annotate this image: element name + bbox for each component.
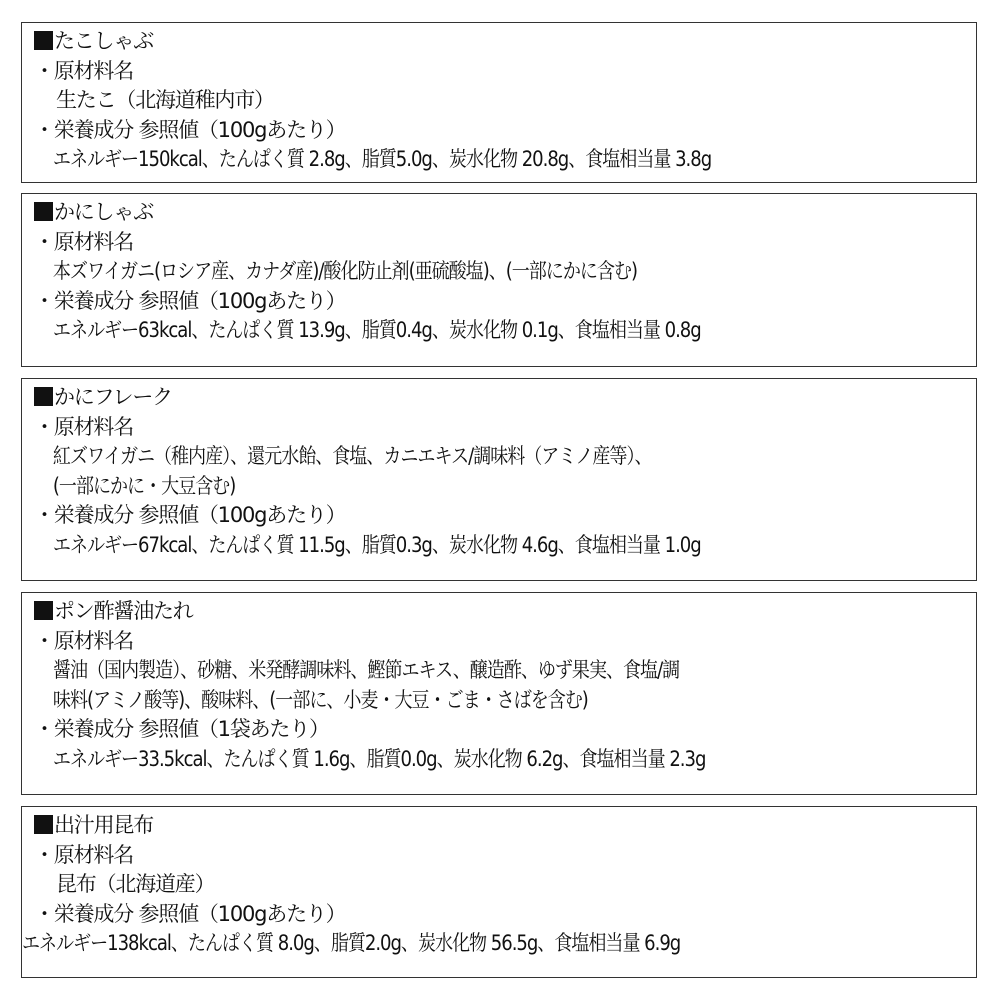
nutrition-label: ・栄養成分 参照値（100gあたり）	[34, 116, 976, 146]
ingredients-text-line-1: 醤油（国内製造）、砂糖、米発酵調味料、鰹節エキス、醸造酢、ゆず果実、食塩/調	[34, 656, 844, 686]
nutrition-text: エネルギー63kcal、たんぱく質 13.9g、脂質0.4g、炭水化物 0.1g…	[34, 316, 844, 346]
section-kani-flake: かにフレーク ・原材料名 紅ズワイガニ（稚内産）、還元水飴、食塩、カニエキス/調…	[21, 378, 977, 581]
square-bullet-icon	[34, 815, 53, 834]
section-kani-shabu: かにしゃぶ ・原材料名 本ズワイガニ(ロシア産、カナダ産)/酸化防止剤(亜硫酸塩…	[21, 193, 977, 367]
section-title: ポン酢醤油たれ	[34, 597, 976, 627]
square-bullet-icon	[34, 387, 53, 406]
ingredients-label: ・原材料名	[34, 228, 976, 258]
nutrition-text: エネルギー67kcal、たんぱく質 11.5g、脂質0.3g、炭水化物 4.6g…	[34, 531, 844, 561]
square-bullet-icon	[34, 31, 53, 50]
square-bullet-icon	[34, 601, 53, 620]
section-title: かにフレーク	[34, 383, 976, 413]
ingredients-text: 生たこ（北海道稚内市）	[34, 86, 976, 116]
ingredients-text: 昆布（北海道産）	[34, 870, 976, 900]
ingredients-label: ・原材料名	[34, 841, 976, 871]
section-ponzu-sauce: ポン酢醤油たれ ・原材料名 醤油（国内製造）、砂糖、米発酵調味料、鰹節エキス、醸…	[21, 592, 977, 795]
ingredients-label: ・原材料名	[34, 627, 976, 657]
section-title: たこしゃぶ	[34, 27, 976, 57]
ingredients-label: ・原材料名	[34, 413, 976, 443]
nutrition-text: エネルギー150kcal、たんぱく質 2.8g、脂質5.0g、炭水化物 20.8…	[34, 145, 844, 175]
nutrition-label: ・栄養成分 参照値（1袋あたり）	[34, 715, 976, 745]
square-bullet-icon	[34, 202, 53, 221]
nutrition-text: エネルギー33.5kcal、たんぱく質 1.6g、脂質0.0g、炭水化物 6.2…	[34, 745, 844, 775]
ingredients-text-line-2: 味料(アミノ酸等)、酸味料、(一部に、小麦・大豆・ごま・さばを含む)	[34, 686, 844, 716]
ingredients-label: ・原材料名	[34, 57, 976, 87]
nutrition-text: エネルギー138kcal、たんぱく質 8.0g、脂質2.0g、炭水化物 56.5…	[22, 929, 842, 959]
ingredients-text: 本ズワイガニ(ロシア産、カナダ産)/酸化防止剤(亜硫酸塩)、(一部にかに含む)	[34, 257, 844, 287]
ingredients-text-line-1: 紅ズワイガニ（稚内産）、還元水飴、食塩、カニエキス/調味料（アミノ産等）、	[34, 442, 844, 472]
section-dashi-kombu: 出汁用昆布 ・原材料名 昆布（北海道産） ・栄養成分 参照値（100gあたり） …	[21, 806, 977, 978]
nutrition-label: ・栄養成分 参照値（100gあたり）	[34, 501, 976, 531]
section-title: かにしゃぶ	[34, 198, 976, 228]
nutrition-label: ・栄養成分 参照値（100gあたり）	[34, 900, 976, 930]
section-title: 出汁用昆布	[34, 811, 976, 841]
ingredients-text-line-2: (一部にかに・大豆含む)	[34, 472, 844, 502]
nutrition-label: ・栄養成分 参照値（100gあたり）	[34, 287, 976, 317]
section-tako-shabu: たこしゃぶ ・原材料名 生たこ（北海道稚内市） ・栄養成分 参照値（100gあた…	[21, 22, 977, 183]
